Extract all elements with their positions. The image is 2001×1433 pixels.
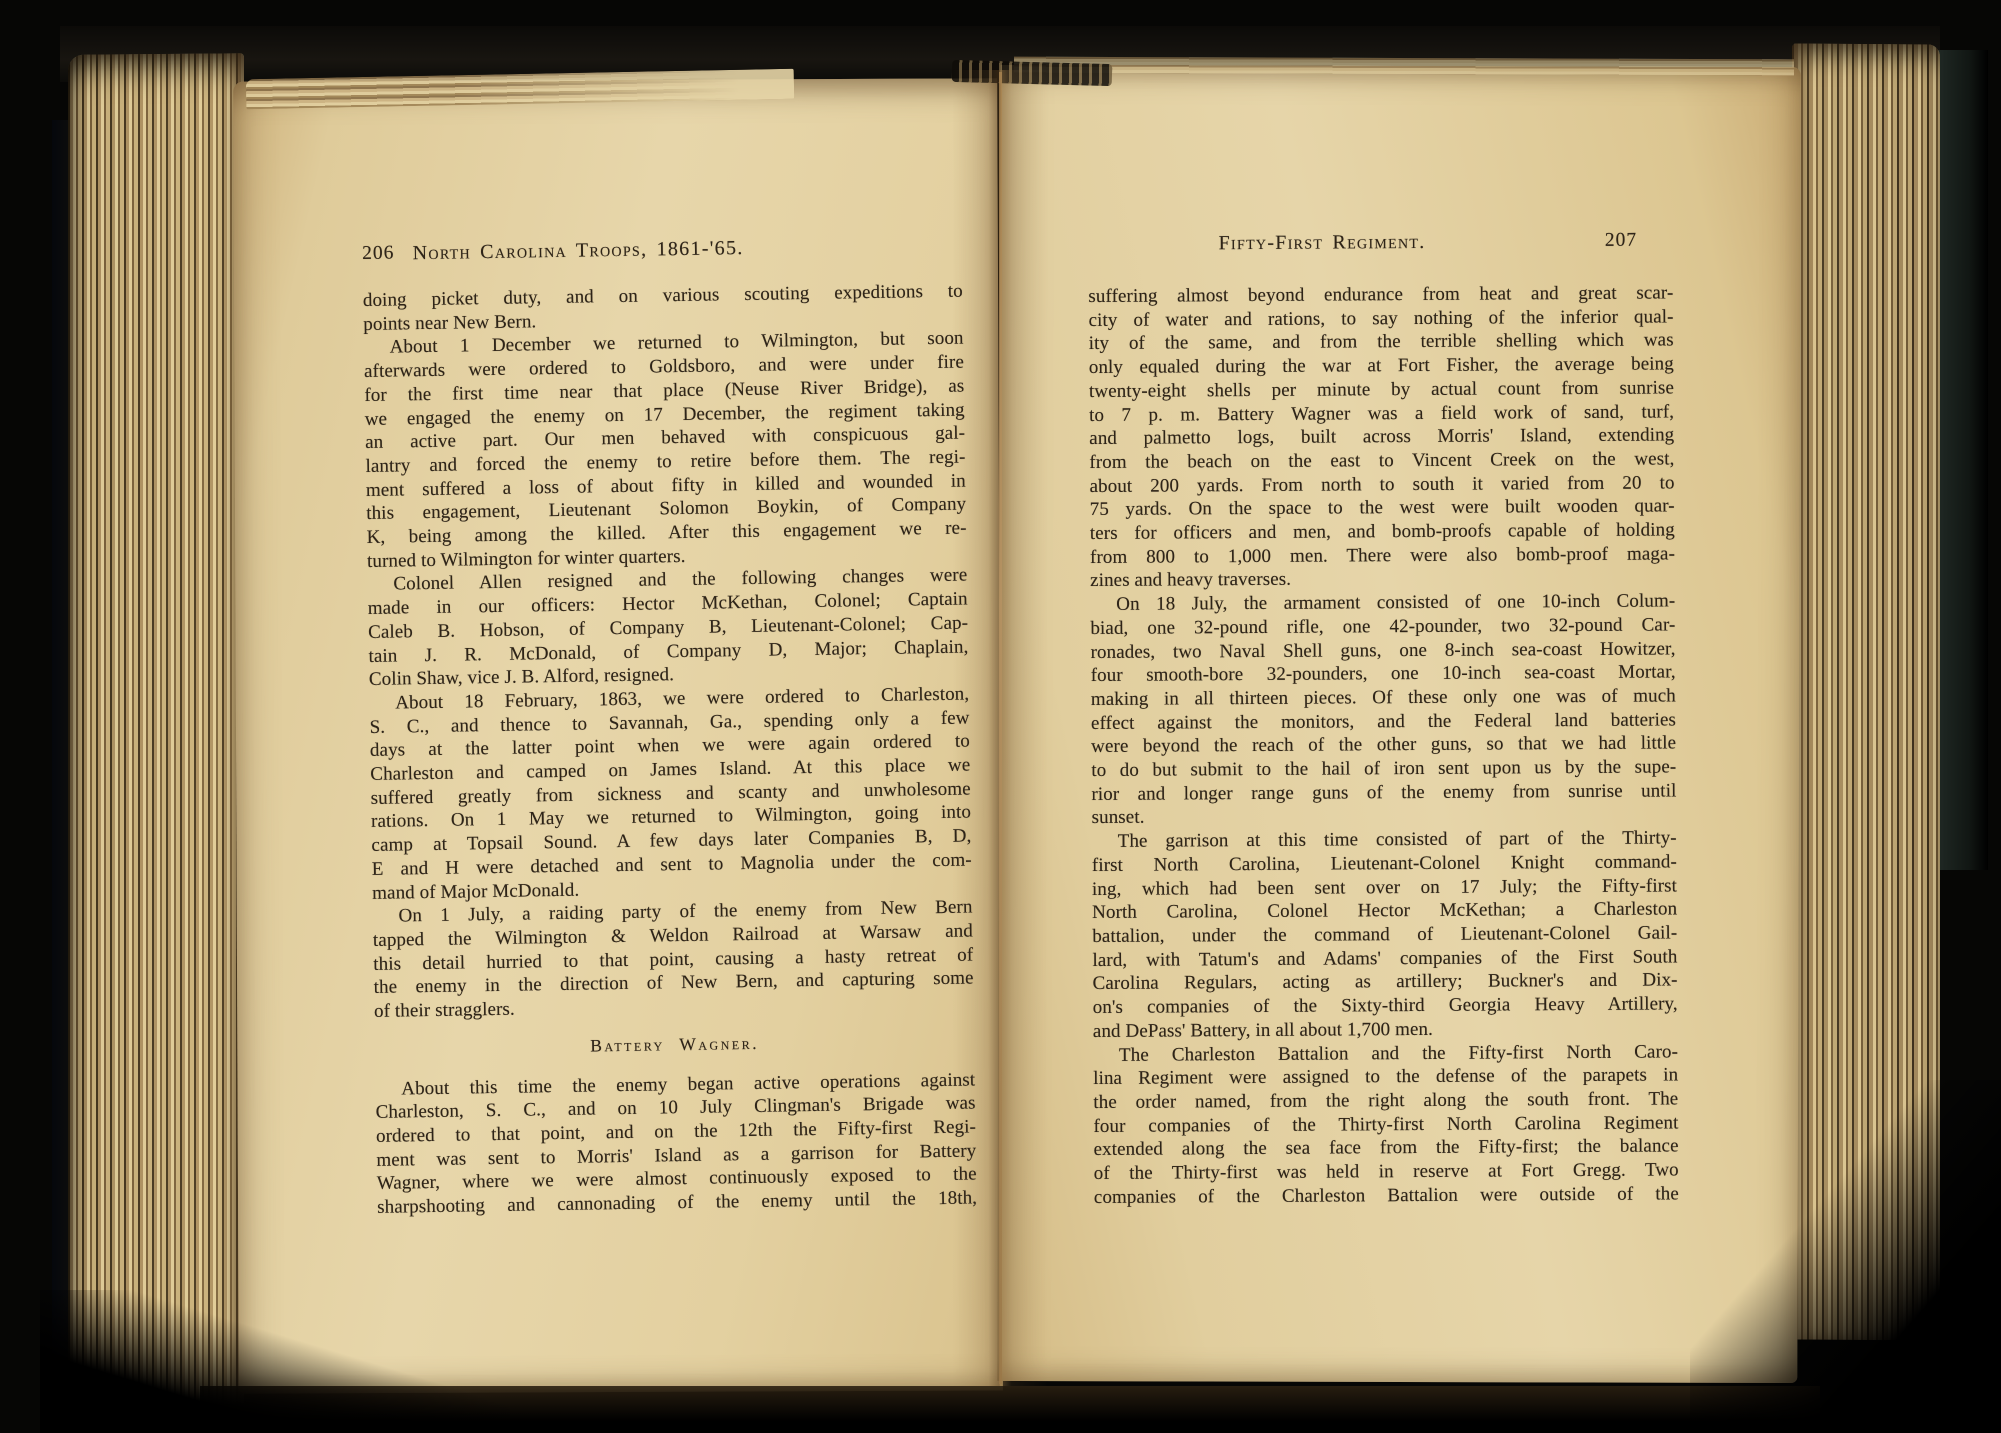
text-line: battalion, under the command of Lieutena…: [1092, 921, 1677, 948]
text-line: city of water and rations, to say nothin…: [1088, 305, 1673, 332]
bottom-right-corner-shadow: [1690, 1080, 2001, 1433]
text-line: sunset.: [1092, 803, 1677, 830]
bottom-left-corner-shadow: [40, 1290, 510, 1433]
text-line: to do but submit to the hail of iron sen…: [1091, 755, 1676, 782]
text-line: four smooth-bore 32-pounders, one 10-inc…: [1091, 661, 1676, 688]
text-line: the order named, from the right along th…: [1093, 1087, 1678, 1114]
text-line: only equaled during the war at Fort Fish…: [1089, 353, 1674, 380]
text-line: rior and longer range guns of the enemy …: [1091, 779, 1676, 806]
text-line: lina Regiment were assigned to the defen…: [1093, 1064, 1678, 1091]
text-line: of the Thirty-first was held in reserve …: [1094, 1158, 1679, 1185]
text-line: 75 yards. On the space to the west were …: [1090, 495, 1675, 522]
text-line: North Carolina, Colonel Hector McKethan;…: [1092, 898, 1677, 925]
left-page-text: 206 North Carolina Troops, 1861-'65. doi…: [362, 234, 977, 1220]
text-line: making in all thirteen pieces. Of these …: [1091, 684, 1676, 711]
text-line: twenty-eight shells per minute by actual…: [1089, 376, 1674, 403]
text-line: extended along the sea face from the Fif…: [1094, 1135, 1679, 1162]
text-line: On 18 July, the armament consisted of on…: [1090, 590, 1675, 617]
text-line: and DePass' Battery, in all about 1,700 …: [1093, 1016, 1678, 1043]
text-line: The Charleston Battalion and the Fifty-f…: [1093, 1040, 1678, 1067]
text-line: effect against the monitors, and the Fed…: [1091, 708, 1676, 735]
text-line: ity of the same, and from the terrible s…: [1089, 329, 1674, 356]
binding-stitches: [952, 60, 1113, 86]
left-page-edge-stack: [68, 53, 244, 1405]
text-line: Carolina Regulars, acting as artillery; …: [1093, 969, 1678, 996]
text-line: biad, one 32-pound rifle, one 42-pounder…: [1090, 613, 1675, 640]
book-gutter-line: [999, 72, 1002, 1384]
left-running-title: North Carolina Troops, 1861-'65.: [413, 237, 744, 265]
left-page-body: doing picket duty, and on various scouti…: [363, 280, 978, 1220]
text-line: from 800 to 1,000 men. There were also b…: [1090, 542, 1675, 569]
text-line: four companies of the Thirty-first North…: [1093, 1111, 1678, 1138]
text-line: were beyond the reach of the other guns,…: [1091, 732, 1676, 759]
text-line: to 7 p. m. Battery Wagner was a field wo…: [1089, 400, 1674, 427]
open-book-photo: 206 North Carolina Troops, 1861-'65. doi…: [0, 0, 2001, 1433]
text-line: ronades, two Naval Shell guns, one 8-inc…: [1090, 637, 1675, 664]
right-running-head: Fifty-First Regiment. 207: [1088, 229, 1673, 257]
text-line: zines and heavy traverses.: [1090, 566, 1675, 593]
right-page-number: 207: [1605, 230, 1637, 252]
text-line: The garrison at this time consisted of p…: [1092, 827, 1677, 854]
text-line: from the beach on the east to Vincent Cr…: [1089, 447, 1674, 474]
left-page-number: 206: [362, 242, 395, 265]
text-line: first North Carolina, Lieutenant-Colonel…: [1092, 850, 1677, 877]
section-heading: Battery Wagner.: [374, 1028, 974, 1061]
right-page-top-edge: [1014, 57, 1794, 76]
text-line: and palmetto logs, built across Morris' …: [1089, 424, 1674, 451]
text-line: on's companies of the Sixty-third Georgi…: [1093, 993, 1678, 1020]
text-line: about 200 yards. From north to south it …: [1089, 471, 1674, 498]
text-line: suffering almost beyond endurance from h…: [1088, 281, 1673, 308]
right-page-body: suffering almost beyond endurance from h…: [1088, 281, 1679, 1209]
text-line: lard, with Tatum's and Adams' companies …: [1092, 945, 1677, 972]
text-line: ters for officers and men, and bomb-proo…: [1090, 518, 1675, 545]
text-line: companies of the Charleston Battalion we…: [1094, 1182, 1679, 1209]
right-running-title: Fifty-First Regiment.: [1219, 231, 1426, 255]
right-page-text: Fifty-First Regiment. 207 suffering almo…: [1088, 229, 1679, 1209]
text-line: ing, which had been sent over on 17 July…: [1092, 874, 1677, 901]
